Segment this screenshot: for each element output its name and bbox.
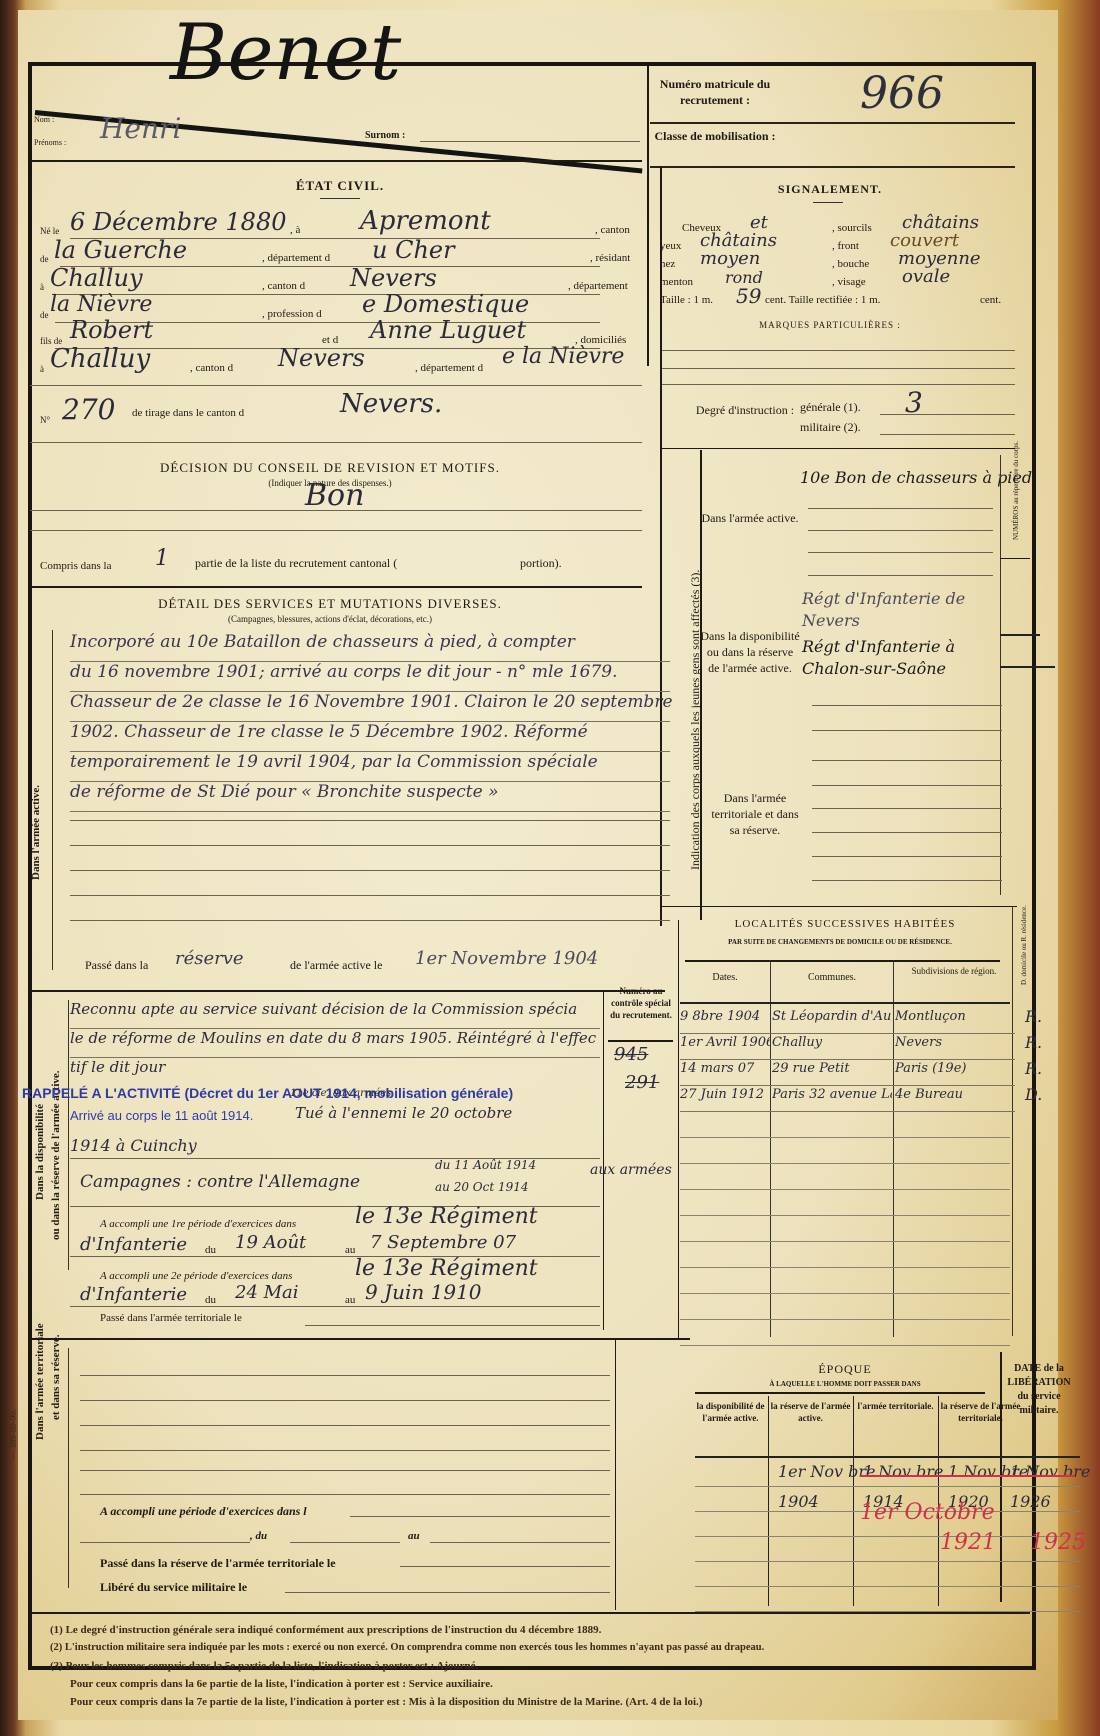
localite-date: 14 mars 07 xyxy=(680,1061,770,1076)
decision-title: DÉCISION DU CONSEIL DE REVISION ET MOTIF… xyxy=(100,460,560,476)
liberation-value: 1926 xyxy=(1010,1492,1051,1511)
visage: ovale xyxy=(902,266,950,287)
tirage-row: N° 270 de tirage dans le canton d Nevers… xyxy=(40,395,640,431)
corps-active-value: 10e Bon de chasseurs à pied xyxy=(800,468,1032,487)
nez: moyen xyxy=(700,248,760,269)
rappele-stamp: RAPPELÉ A L'ACTIVITÉ (Décret du 1er AOUT… xyxy=(22,1085,513,1101)
epoque-subtitle: À LAQUELLE L'HOMME DOIT PASSER DANS xyxy=(690,1380,1000,1388)
disponibilite-lines: Reconnu apte au service suivant décision… xyxy=(70,1000,600,1082)
territoriale-side-label-2: et dans sa réserve. xyxy=(50,1334,62,1420)
red-correction-territoriale: 1921 xyxy=(940,1530,996,1555)
reserve-row: Passé dans la réserve de l'armée active … xyxy=(85,950,645,974)
localite-commune: Paris 32 avenue Laumière (19e) xyxy=(772,1087,892,1102)
parents-residence-row: à Challuy , canton d Nevers , départemen… xyxy=(40,350,640,380)
militaire-label: militaire (2). xyxy=(800,420,861,435)
localite-subdivision: Paris (19e) xyxy=(895,1061,1010,1076)
generale-label: générale (1). xyxy=(800,400,861,415)
epoque-title: ÉPOQUE xyxy=(690,1362,1000,1377)
arrive-row: Arrivé au corps le 11 août 1914. 11e cie… xyxy=(70,1102,610,1130)
numero-repertoire-label: NUMÉROS au répertoire du corps. xyxy=(1012,441,1020,540)
territoriale-reserve: Passé dans la réserve de l'armée territo… xyxy=(100,1556,336,1571)
corps-reserve-label: Dans la disponibilité ou dans la réserve… xyxy=(700,628,800,676)
surname: Benet xyxy=(170,8,401,98)
degre-label: Degré d'instruction : xyxy=(695,402,795,418)
localite-subdivision: Montluçon xyxy=(895,1009,1010,1024)
etat-civil-title: ÉTAT CIVIL. xyxy=(200,178,480,194)
disponibilite-side-label-1: Dans la disponibilité xyxy=(34,1104,46,1200)
birth-canton: la Guerche xyxy=(54,236,187,264)
localites-table: Dates. Communes. Subdivisions de région.… xyxy=(680,962,1015,1337)
localites-subtitle: PAR SUITE DE CHANGEMENTS DE DOMICILE OU … xyxy=(680,938,1000,946)
localite-date: 27 Juin 1912 xyxy=(680,1087,770,1102)
birth-date: 6 Décembre 1880 xyxy=(70,208,287,236)
epoque-value: 1904 xyxy=(778,1492,819,1511)
mother-name: Anne Luguet xyxy=(370,316,526,344)
territoriale-exercice: A accompli une période d'exercices dans … xyxy=(100,1504,307,1519)
parents-canton: Nevers xyxy=(278,344,365,372)
epoque-value: 1er Nov bre xyxy=(778,1462,876,1481)
birth-place: Apremont xyxy=(360,206,491,236)
campagnes-row: Campagnes : contre l'Allemagne du 11 Aoû… xyxy=(70,1160,670,1204)
localite-type: R. xyxy=(1025,1033,1042,1052)
period1-row: A accompli une 1re période d'exercices d… xyxy=(80,1206,620,1266)
territoriale-side-label-1: Dans l'armée territoriale xyxy=(34,1323,46,1440)
tirage-number: 270 xyxy=(62,393,115,426)
corps-reserve-2: Régt d'Infanterie à Chalon-sur-Saône xyxy=(802,636,1002,680)
localite-row: 27 Juin 1912Paris 32 avenue Laumière (19… xyxy=(680,1085,1015,1112)
residence: Challuy xyxy=(50,264,143,292)
localite-type: R. xyxy=(1025,1007,1042,1026)
signalement-title: SIGNALEMENT. xyxy=(720,182,940,197)
territoriale-du: , du xyxy=(250,1530,267,1542)
epoque-column-header: l'armée territoriale. xyxy=(855,1400,936,1412)
localite-commune: 29 rue Petit xyxy=(772,1061,892,1076)
corps-active-label: Dans l'armée active. xyxy=(700,510,800,526)
firstname-label: Prénoms : xyxy=(34,138,66,147)
taille-cm: 59 xyxy=(736,284,761,308)
services-title: DÉTAIL DES SERVICES ET MUTATIONS DIVERSE… xyxy=(100,596,560,612)
localite-commune: Challuy xyxy=(772,1035,892,1050)
localite-type: R. xyxy=(1025,1059,1042,1078)
red-strike xyxy=(860,1475,1075,1477)
firstname: Henri xyxy=(100,112,181,145)
father-name: Robert xyxy=(70,316,153,344)
controle-value-2: 291 xyxy=(625,1072,659,1093)
localites-type-header: D. domicile ou R. résidence. xyxy=(1020,905,1028,985)
tue-ennemi: Tué à l'ennemi le 20 octobre xyxy=(295,1104,512,1122)
profession: e Domestique xyxy=(362,290,529,318)
controle-value-1: 945 xyxy=(614,1044,648,1065)
libere-label: Libéré du service militaire le xyxy=(100,1580,247,1595)
controle-header: Numéro au contrôle spécial du recrutemen… xyxy=(606,985,676,1021)
services-side-label: Dans l'armée active. xyxy=(30,785,42,880)
localite-commune: St Léopardin d'Augy xyxy=(772,1009,892,1024)
services-subtitle: (Campagnes, blessures, actions d'éclat, … xyxy=(150,614,510,624)
reserve-number-strike-2 xyxy=(1000,666,1055,668)
epoque-column-header: la réserve de l'armée active. xyxy=(770,1400,851,1424)
margin-print: — 389-80-90. xyxy=(8,1409,18,1460)
territoriale-passe-row: Passé dans l'armée territoriale le xyxy=(100,1312,600,1324)
surname-label: Nom : xyxy=(34,115,54,124)
footnotes: (1) Le degré d'instruction générale sera… xyxy=(50,1624,1070,1714)
parents-departement: e la Nièvre xyxy=(502,344,624,369)
epoque-column-header: la réserve de l'armée territoriale. xyxy=(940,1400,1021,1424)
localite-row: 9 8bre 1904St Léopardin d'AugyMontluçonR… xyxy=(680,1007,1015,1034)
reserve-date: 1er Novembre 1904 xyxy=(415,948,598,969)
matricule-number: 966 xyxy=(860,68,944,119)
localite-date: 1er Avril 1906 xyxy=(680,1035,770,1050)
liberation-value: 1 Nov bre xyxy=(1010,1462,1090,1481)
red-correction-label: 1er Octobre xyxy=(860,1500,995,1525)
period2-row: A accompli une 2e période d'exercices da… xyxy=(80,1260,620,1320)
localite-subdivision: Nevers xyxy=(895,1035,1010,1050)
residence-departement: la Nièvre xyxy=(50,292,152,317)
reserve-number-strike-1 xyxy=(1000,634,1040,636)
localites-title: LOCALITÉS SUCCESSIVES HABITÉES xyxy=(690,918,1000,930)
arrive-hand-above: 11e cie, aux armées xyxy=(290,1088,391,1099)
epoque-value: 1 Nov bre xyxy=(863,1462,943,1481)
epoque-column-header: la disponibilité de l'armée active. xyxy=(695,1400,766,1424)
territoriale-au: au xyxy=(408,1530,420,1542)
decision-value: Bon xyxy=(305,478,364,513)
classe-label: Classe de mobilisation : xyxy=(650,128,780,144)
tirage-canton: Nevers. xyxy=(340,389,442,419)
localite-type: D. xyxy=(1025,1085,1042,1104)
birth-departement: u Cher xyxy=(372,236,455,264)
localite-row: 1er Avril 1906ChalluyNeversR. xyxy=(680,1033,1015,1060)
matricule-label: Numéro matricule du recrutement : xyxy=(650,76,780,108)
parents-residence: Challuy xyxy=(50,344,150,374)
arrive-line-2: 1914 à Cuinchy xyxy=(70,1136,197,1155)
partie-number: 1 xyxy=(155,546,169,571)
nickname-label: Surnom : xyxy=(365,130,405,141)
marques-label: MARQUES PARTICULIÈRES : xyxy=(700,320,960,330)
localite-subdivision: 4e Bureau xyxy=(895,1087,1010,1102)
residence-canton: Nevers xyxy=(350,264,437,292)
compris-row: Compris dans la 1 partie de la liste du … xyxy=(40,550,640,574)
localite-date: 9 8bre 1904 xyxy=(680,1009,770,1024)
reserve-value: réserve xyxy=(175,948,244,969)
red-correction-liberation: 1925 xyxy=(1030,1530,1086,1555)
localite-row: 14 mars 0729 rue PetitParis (19e)R. xyxy=(680,1059,1015,1086)
corps-territoriale-label: Dans l'armée territoriale et dans sa rés… xyxy=(705,790,805,838)
services-lines: Incorporé au 10e Bataillon de chasseurs … xyxy=(70,632,670,812)
corps-reserve-1: Régt d'Infanterie de Nevers xyxy=(802,588,1002,632)
